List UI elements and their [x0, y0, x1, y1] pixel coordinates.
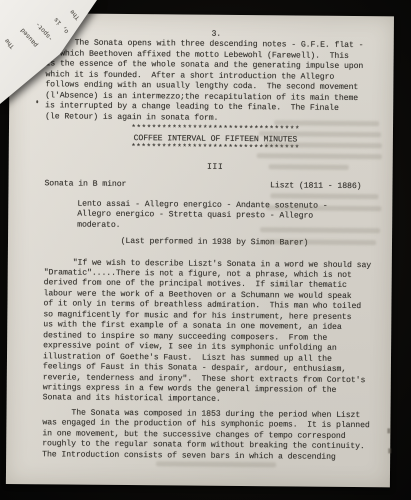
overlay-page-corner-paper: The paused -spot- o, is . The [0, 0, 130, 130]
overlay-text-fragment: paused [19, 27, 39, 49]
work-heading-row: Sonata in B minor Liszt (1811 - 1886) [44, 180, 385, 193]
bleed-through-mark [264, 142, 382, 148]
bleed-through-mark [257, 153, 382, 159]
bleed-through-mark [269, 164, 349, 170]
cortot-quote-paragraph: "If we wish to describe Liszt's Sonata i… [43, 258, 385, 407]
closing-paragraph: The Sonata was composed in 1853 during t… [42, 408, 383, 463]
bleed-through-mark [156, 461, 276, 467]
overlay-text-fragment: . The [69, 8, 87, 27]
bleed-through-mark [266, 205, 381, 211]
bleed-through-mark [259, 131, 381, 137]
photo-background: 3. The Sonata opens with three descendin… [0, 0, 411, 500]
work-title: Sonata in B minor [44, 180, 126, 191]
page-edge-mark [387, 428, 390, 433]
overlay-text-fragment: o, is [53, 16, 71, 35]
bleed-through-mark [260, 227, 380, 233]
bleed-through-mark [264, 239, 376, 245]
overlay-text-fragment: The [3, 37, 16, 50]
bleed-through-mark [270, 193, 378, 199]
composer-and-dates: Liszt (1811 - 1886) [270, 182, 362, 193]
page-edge-mark [388, 448, 391, 453]
overlay-text-fragment: -spot- [34, 21, 54, 43]
bleed-through-mark [274, 120, 379, 126]
overlay-page-corner: The paused -spot- o, is . The [0, 0, 130, 130]
